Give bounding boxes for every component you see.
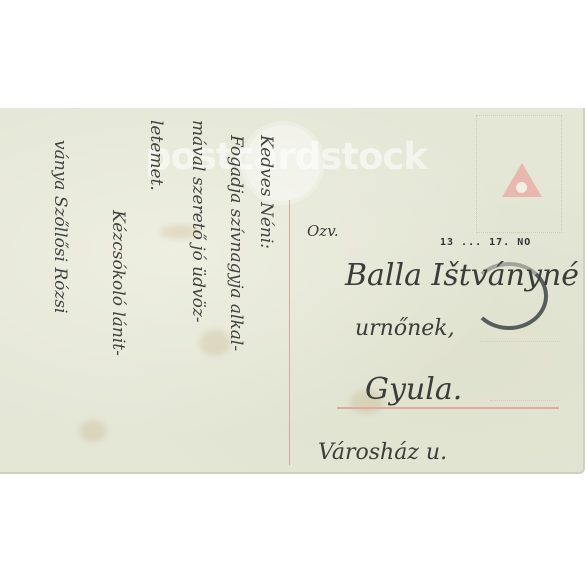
stamp-hole (516, 182, 527, 193)
address-name: Balla Ištványné (345, 258, 579, 293)
message-line: Kézcsókoló lánit- (108, 210, 128, 356)
message-line: Fogadja szívnagyja alkal- (226, 135, 246, 351)
center-divider (289, 200, 290, 465)
message-line: letemet. (146, 120, 166, 191)
address-underline (337, 407, 559, 409)
address-guide-line (480, 341, 560, 342)
address-title: urnőnek, (355, 316, 455, 341)
message-line: ványa Szőllősi Rózsi (50, 140, 70, 314)
stain (80, 420, 106, 442)
message-line: Kedves Néni: (256, 135, 276, 249)
address-guide-line (490, 400, 560, 401)
address-prefix: Ozv. (307, 222, 339, 240)
address-city: Gyula. (365, 372, 462, 407)
address-street: Városház u. (318, 440, 447, 465)
postmark-text: 13 ... 17. NO (440, 237, 531, 248)
message-line: mával szerető jó üdvöz- (188, 120, 208, 323)
